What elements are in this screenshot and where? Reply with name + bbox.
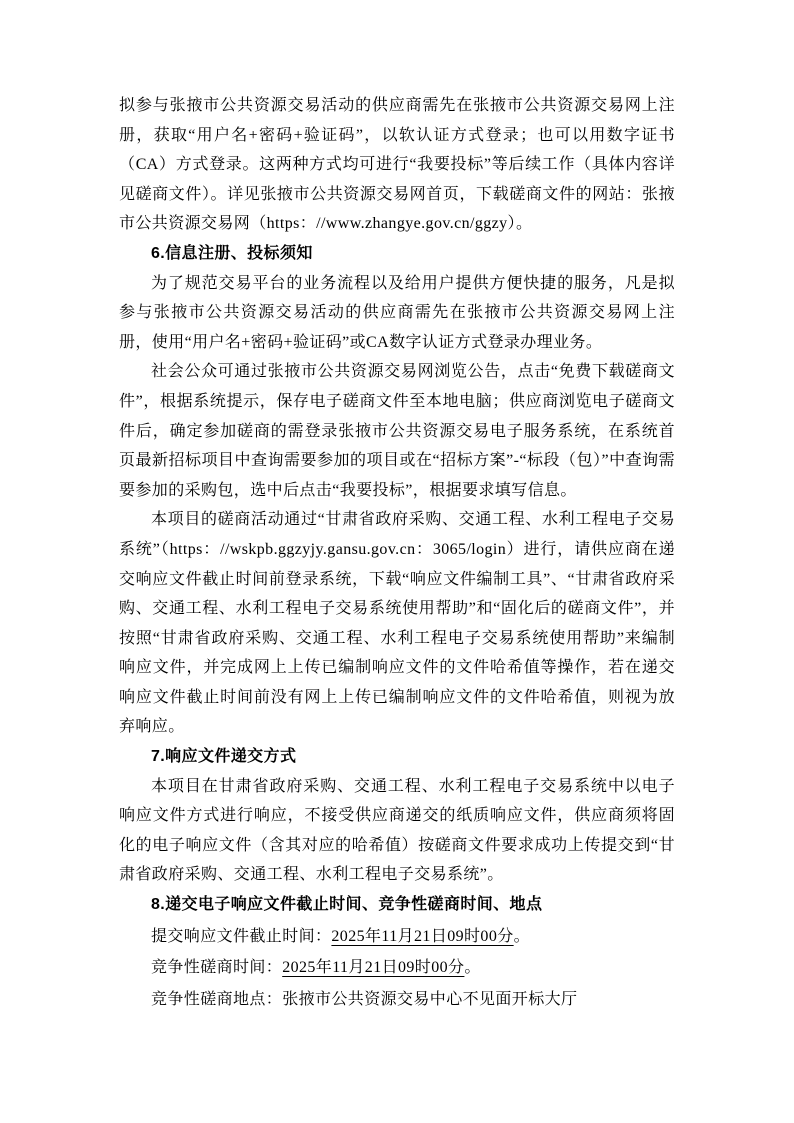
paragraph-electronic-response-only: 本项目在甘肃省政府采购、交通工程、水利工程电子交易系统中以电子响应文件方式进行响… [119,772,675,890]
consultation-time-value: 2025年11月21日09时00分 [282,959,464,976]
paragraph-registration-continued: 拟参与张掖市公共资源交易活动的供应商需先在张掖市公共资源交易网上注册，获取“用户… [119,91,675,239]
consultation-place-value: 张掖市公共资源交易中心不见面开标大厅 [282,991,577,1008]
submission-deadline-suffix: 。 [514,928,530,945]
section-8-heading: 8.递交电子响应文件截止时间、竞争性磋商时间、地点 [119,890,675,920]
section-6-heading: 6.信息注册、投标须知 [119,239,675,269]
submission-deadline-value: 2025年11月21日09时00分 [331,928,513,945]
submission-deadline-line: 提交响应文件截止时间：2025年11月21日09时00分。 [119,922,675,952]
paragraph-gansu-ets-procedure: 本项目的磋商活动通过“甘肃省政府采购、交通工程、水利工程电子交易系统”（http… [119,505,675,742]
consultation-place-line: 竞争性磋商地点：张掖市公共资源交易中心不见面开标大厅 [119,985,675,1015]
consultation-place-label: 竞争性磋商地点： [151,991,282,1008]
consultation-time-label: 竞争性磋商时间： [151,959,282,976]
consultation-time-line: 竞争性磋商时间：2025年11月21日09时00分。 [119,953,675,983]
submission-deadline-label: 提交响应文件截止时间： [151,928,331,945]
document-page: 拟参与张掖市公共资源交易活动的供应商需先在张掖市公共资源交易网上注册，获取“用户… [0,0,794,1123]
paragraph-platform-service: 为了规范交易平台的业务流程以及给用户提供方便快捷的服务，凡是拟参与张掖市公共资源… [119,269,675,358]
paragraph-public-browse-download: 社会公众可通过张掖市公共资源交易网浏览公告，点击“免费下载磋商文件”，根据系统提… [119,357,675,505]
section-7-heading: 7.响应文件递交方式 [119,742,675,772]
consultation-time-suffix: 。 [464,959,480,976]
